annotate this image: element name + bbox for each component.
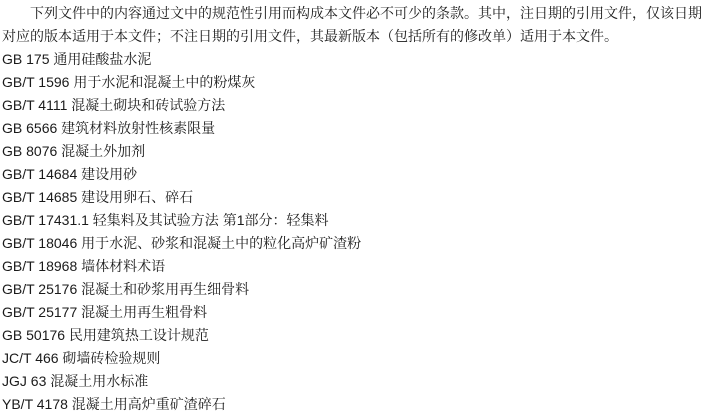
reference-item: GB 50176 民用建筑热工设计规范 — [2, 324, 701, 347]
reference-item: GB/T 18046 用于水泥、砂浆和混凝土中的粒化高炉矿渣粉 — [2, 232, 701, 255]
reference-item: JC/T 466 砌墙砖检验规则 — [2, 347, 701, 370]
reference-item: GB/T 25176 混凝土和砂浆用再生细骨料 — [2, 278, 701, 301]
reference-item: GB 175 通用硅酸盐水泥 — [2, 48, 701, 71]
reference-item: GB/T 17431.1 轻集料及其试验方法 第1部分：轻集料 — [2, 209, 701, 232]
intro-line-1: 下列文件中的内容通过文中的规范性引用而构成本文件必不可少的条款。其中，注日期的引… — [2, 2, 701, 25]
reference-item: YB/T 4178 混凝土用高炉重矿渣碎石 — [2, 393, 701, 412]
reference-item: GB/T 1596 用于水泥和混凝土中的粉煤灰 — [2, 71, 701, 94]
reference-item: GB/T 18968 墙体材料术语 — [2, 255, 701, 278]
reference-item: GB/T 14684 建设用砂 — [2, 163, 701, 186]
intro-line-2: 对应的版本适用于本文件；不注日期的引用文件，其最新版本（包括所有的修改单）适用于… — [2, 25, 701, 48]
reference-item: GB 8076 混凝土外加剂 — [2, 140, 701, 163]
document-page: 下列文件中的内容通过文中的规范性引用而构成本文件必不可少的条款。其中，注日期的引… — [0, 0, 705, 412]
reference-item: GB/T 25177 混凝土用再生粗骨料 — [2, 301, 701, 324]
reference-item: GB 6566 建筑材料放射性核素限量 — [2, 117, 701, 140]
reference-item: JGJ 63 混凝土用水标准 — [2, 370, 701, 393]
reference-list: GB 175 通用硅酸盐水泥GB/T 1596 用于水泥和混凝土中的粉煤灰GB/… — [2, 48, 701, 412]
reference-item: GB/T 4111 混凝土砌块和砖试验方法 — [2, 94, 701, 117]
reference-item: GB/T 14685 建设用卵石、碎石 — [2, 186, 701, 209]
intro-paragraph: 下列文件中的内容通过文中的规范性引用而构成本文件必不可少的条款。其中，注日期的引… — [2, 2, 701, 48]
